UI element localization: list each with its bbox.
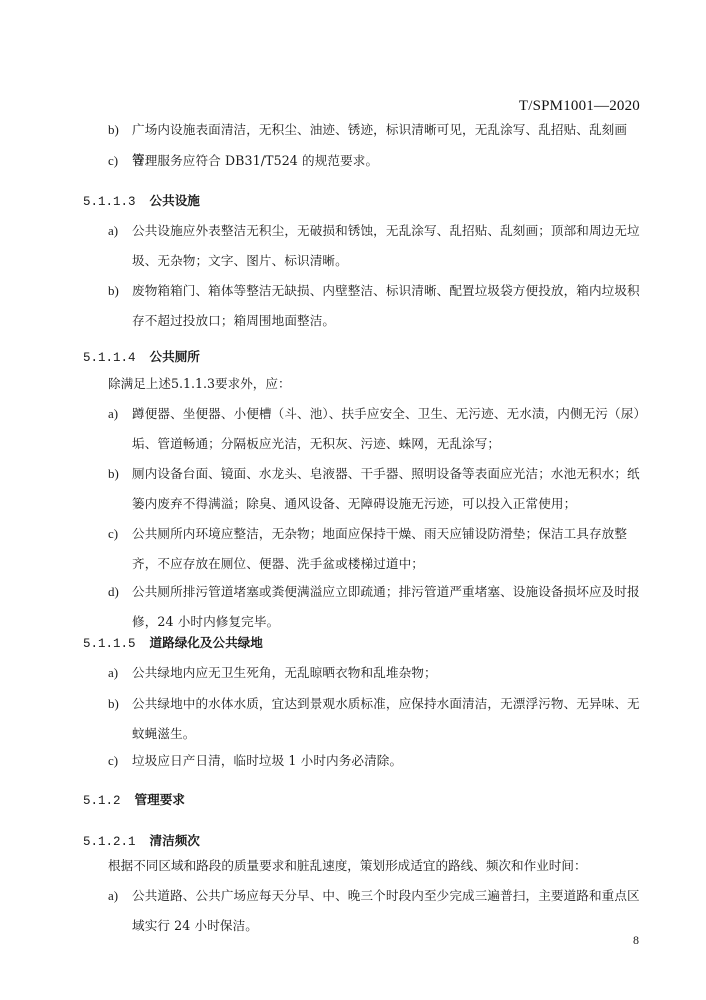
list-label: b) [108,689,119,719]
list-text: 蹲便器、坐便器、小便槽（斗、池）、扶手应安全、卫生、无污迹、无水渍，内侧无污（尿… [132,399,648,459]
list-text: 公共道路、公共广场应每天分早、中、晚三个时段内至少完成三遍普扫，主要道路和重点区… [132,881,648,941]
section-title: 管理要求 [135,792,185,807]
list-label: c) [108,519,118,549]
section-title: 道路绿化及公共绿地 [150,635,263,650]
document-page: T/SPM1001—2020 b) 广场内设施表面清洁，无积尘、油迹、锈迹，标识… [0,0,706,1000]
section-number: 5.1.1.5 [83,637,136,651]
list-text: 垃圾应日产日清，临时垃圾 1 小时内务必清除。 [132,746,648,776]
list-label: a) [108,399,118,429]
list-item-c: c) 管理服务应符合 DB31/T524 的规范要求。 [108,146,648,176]
list-text: 公共绿地内应无卫生死角，无乱晾晒衣物和乱堆杂物； [132,658,648,688]
list-item-d: d) 公共厕所排污管道堵塞或粪便满溢应立即疏通；排污管道严重堵塞、设施设备损坏应… [108,577,648,637]
section-number: 5.1.2 [83,794,121,808]
list-text: 厕内设备台面、镜面、水龙头、皂液器、干手器、照明设备等表面应光洁；水池无积水；纸… [132,459,648,519]
list-item-b: b) 厕内设备台面、镜面、水龙头、皂液器、干手器、照明设备等表面应光洁；水池无积… [108,459,648,519]
list-text: 废物箱箱门、箱体等整洁无缺损、内壁整洁、标识清晰、配置垃圾袋方便投放，箱内垃圾积… [132,276,648,336]
list-label: b) [108,459,119,489]
list-text: 公共厕所内环境应整洁，无杂物；地面应保持干燥、雨天应铺设防滑垫；保洁工具存放整齐… [132,519,648,579]
list-item-a: a) 公共设施应外表整洁无积尘，无破损和锈蚀，无乱涂写、乱招贴、乱刻画；顶部和周… [108,216,648,276]
list-item-b: b) 废物箱箱门、箱体等整洁无缺损、内壁整洁、标识清晰、配置垃圾袋方便投放，箱内… [108,276,648,336]
section-heading-5-1-1-3: 5.1.1.3公共设施 [83,190,200,209]
list-text: 公共绿地中的水体水质，宜达到景观水质标准，应保持水面清洁，无漂浮污物、无异味、无… [132,689,648,749]
section-title: 公共设施 [150,193,200,208]
list-text: 公共厕所排污管道堵塞或粪便满溢应立即疏通；排污管道严重堵塞、设施设备损坏应及时报… [132,577,648,637]
list-label: b) [108,276,119,306]
list-label: d) [108,577,119,607]
list-label: b) [108,115,119,145]
list-item-b: b) 公共绿地中的水体水质，宜达到景观水质标准，应保持水面清洁，无漂浮污物、无异… [108,689,648,749]
list-text: 管理服务应符合 DB31/T524 的规范要求。 [132,146,648,176]
section-heading-5-1-2: 5.1.2管理要求 [83,789,185,808]
section-heading-5-1-1-4: 5.1.1.4公共厕所 [83,346,200,365]
list-label: a) [108,658,118,688]
intro-paragraph: 除满足上述5.1.1.3要求外，应： [108,369,648,399]
intro-paragraph: 根据不同区域和路段的质量要求和脏乱速度，策划形成适宜的路线、频次和作业时间： [108,851,648,881]
document-id-header: T/SPM1001—2020 [519,98,640,115]
section-heading-5-1-2-1: 5.1.2.1清洁频次 [83,830,200,849]
section-title: 清洁频次 [150,833,200,848]
section-title: 公共厕所 [150,349,200,364]
list-item-a: a) 蹲便器、坐便器、小便槽（斗、池）、扶手应安全、卫生、无污迹、无水渍，内侧无… [108,399,648,459]
list-item-c: c) 公共厕所内环境应整洁，无杂物；地面应保持干燥、雨天应铺设防滑垫；保洁工具存… [108,519,648,579]
section-number: 5.1.1.3 [83,195,136,209]
section-number: 5.1.1.4 [83,351,136,365]
list-label: a) [108,216,118,246]
list-label: a) [108,881,118,911]
list-item-c: c) 垃圾应日产日清，临时垃圾 1 小时内务必清除。 [108,746,648,776]
page-number: 8 [633,933,639,948]
list-label: c) [108,146,118,176]
list-label: c) [108,746,118,776]
list-item-a: a) 公共绿地内应无卫生死角，无乱晾晒衣物和乱堆杂物； [108,658,648,688]
section-number: 5.1.2.1 [83,835,136,849]
list-text: 公共设施应外表整洁无积尘，无破损和锈蚀，无乱涂写、乱招贴、乱刻画；顶部和周边无垃… [132,216,648,276]
section-heading-5-1-1-5: 5.1.1.5道路绿化及公共绿地 [83,632,263,651]
list-item-a: a) 公共道路、公共广场应每天分早、中、晚三个时段内至少完成三遍普扫，主要道路和… [108,881,648,941]
